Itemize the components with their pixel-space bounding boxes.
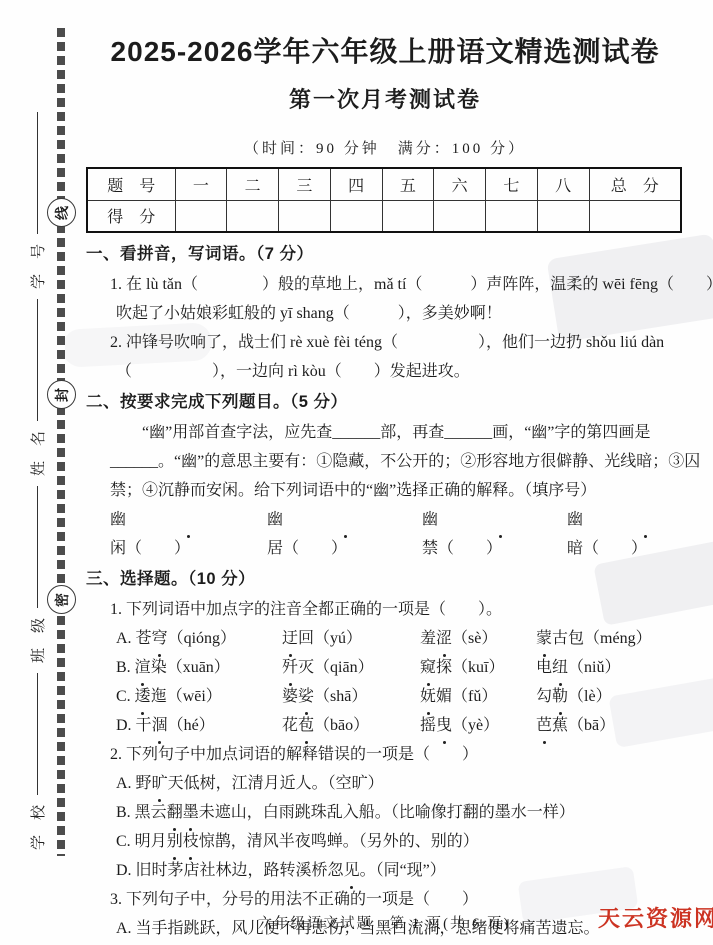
- option-cell: 蒙古包（méng）: [536, 624, 685, 653]
- score-header-cell: 七: [486, 168, 538, 200]
- option-line: B. 黑云翻墨未遮山，白雨跳珠乱入船。（比喻像打翻的墨水一样）: [116, 798, 685, 827]
- school-write-line: [37, 673, 38, 795]
- seal-char: 密: [52, 593, 72, 607]
- option-cell: 勾勒（lè）: [536, 682, 685, 711]
- exam-body: 一、看拼音，写词语。（7 分） 1. 在 lù tǎn（ ）般的草地上，mǎ t…: [86, 238, 685, 943]
- exam-time-score-info: （时间：90 分钟 满分：100 分）: [86, 137, 684, 158]
- score-table-header-row: 题 号 一 二 三 四 五 六 七 八 总 分: [87, 168, 681, 200]
- seal-circle-feng: 封: [47, 380, 76, 409]
- score-row-label: 得 分: [87, 200, 175, 232]
- option-row-a: A. 苍穹（qióng） 迂回（yú） 羞涩（sè） 蒙古包（méng）: [116, 624, 685, 653]
- seal-char: 封: [52, 388, 72, 402]
- score-table: 题 号 一 二 三 四 五 六 七 八 总 分 得 分: [86, 167, 682, 233]
- emphasis-dot-char: 窥: [420, 653, 436, 682]
- sidebar-student-fields: 学 校 班 级 姓 名 学 号: [22, 40, 52, 850]
- page-footer: 六年级语文试题 第 1 页(共 6 页): [86, 912, 682, 933]
- question-line: 吹起了小姑娘彩虹般的 yī shang（ ），多美妙啊！: [116, 299, 685, 328]
- number-write-line: [37, 112, 38, 234]
- question-stem: 1. 下列词语中加点字的注音全都正确的一项是（ ）。: [110, 595, 685, 624]
- option-cell: 摇曳（yè）: [420, 711, 536, 740]
- seal-dashed-line: [57, 28, 65, 856]
- option-cell: 羞涩（sè）: [420, 624, 536, 653]
- class-write-line: [37, 486, 38, 608]
- paper-title: 2025-2026学年六年级上册语文精选测试卷: [86, 30, 684, 70]
- question-stem: 2. 下列句子中加点词语的解释错误的一项是（ ）: [110, 740, 685, 769]
- emphasis-dot-char: 歼: [282, 653, 298, 682]
- option-cell: 电纽（niǔ）: [536, 653, 685, 682]
- score-header-cell: 总 分: [589, 168, 681, 200]
- emphasis-dot-char: 旷: [152, 769, 168, 798]
- exam-paper-page: { "page": { "title": "2025-2026学年六年级上册语文…: [0, 0, 713, 945]
- emphasis-dot-char: 枝: [183, 827, 199, 856]
- paragraph-line: ______。“幽”的意思主要有：①隐藏，不公开的；②形容地方很僻静、光线暗；③…: [110, 447, 685, 476]
- name-write-line: [37, 299, 38, 421]
- sidebar-field-school: 学 校: [27, 805, 48, 850]
- emphasis-dot-char: 涩: [436, 624, 452, 653]
- score-cell-empty: [175, 200, 227, 232]
- score-cell-empty: [486, 200, 538, 232]
- score-cell-empty: [227, 200, 279, 232]
- option-cell: D. 干涸（hé）: [116, 711, 282, 740]
- option-line: D. 旧时茅店社林边，路转溪桥忽见。（同“现”）: [116, 856, 685, 885]
- option-row-b: B. 渲染（xuān） 歼灭（qiān） 窥探（kuī） 电纽（niǔ）: [116, 653, 685, 682]
- seal-char: 线: [52, 206, 72, 220]
- emphasis-dot-char: 翻: [167, 798, 183, 827]
- section-3-heading: 三、选择题。（10 分）: [86, 563, 685, 595]
- score-header-cell: 五: [382, 168, 434, 200]
- option-cell: B. 渲染（xuān）: [116, 653, 282, 682]
- word-item: 幽暗（ ）: [567, 505, 713, 563]
- option-cell: 窥探（kuī）: [420, 653, 536, 682]
- word-item: 幽禁（ ）: [422, 505, 567, 563]
- emphasis-dot-char: 迂: [282, 624, 298, 653]
- word-item: 幽居（ ）: [267, 505, 422, 563]
- paper-subtitle: 第一次月考测试卷: [86, 83, 684, 114]
- score-header-cell: 八: [537, 168, 589, 200]
- emphasis-dot-char: 纽: [552, 653, 568, 682]
- emphasis-dot-char: 娑: [298, 682, 314, 711]
- word-item: 幽闲（ ）: [110, 505, 267, 563]
- emphasis-dot-char: 涸: [152, 711, 168, 740]
- option-line: A. 野旷天低树，江清月近人。（空旷）: [116, 769, 685, 798]
- paragraph-line: 禁；④沉静而安闲。给下列词语中的“幽”选择正确的解释。（填序号）: [110, 476, 685, 505]
- score-header-cell: 六: [434, 168, 486, 200]
- score-cell-empty: [589, 200, 681, 232]
- emphasis-dot-char: 勒: [552, 682, 568, 711]
- option-cell: A. 苍穹（qióng）: [116, 624, 282, 653]
- score-cell-empty: [382, 200, 434, 232]
- question-line: （ ），一边向 rì kòu（ ）发起进攻。: [116, 357, 685, 386]
- score-cell-empty: [434, 200, 486, 232]
- option-row-c: C. 逶迤（wēi） 婆娑（shā） 妩媚（fǔ） 勾勒（lè）: [116, 682, 685, 711]
- option-cell: 花苞（bāo）: [282, 711, 420, 740]
- score-header-cell: 四: [330, 168, 382, 200]
- emphasis-dot-char: 逶: [135, 682, 151, 711]
- option-cell: 歼灭（qiān）: [282, 653, 420, 682]
- paragraph-line: “幽”用部首查字法，应先查______部，再查______画，“幽”字的第四画是: [110, 418, 685, 447]
- option-cell: 妩媚（fǔ）: [420, 682, 536, 711]
- emphasis-dot-char: 幽: [110, 505, 267, 534]
- section-1-heading: 一、看拼音，写词语。（7 分）: [86, 238, 685, 270]
- emphasis-dot-char: 墨: [183, 798, 199, 827]
- emphasis-dot-char: 曳: [436, 711, 452, 740]
- sidebar-field-number: 学 号: [27, 244, 48, 289]
- emphasis-dot-char: 幽: [567, 505, 713, 534]
- emphasis-dot-char: 芭: [536, 711, 552, 740]
- emphasis-dot-char: 渲: [135, 653, 151, 682]
- emphasis-dot-char: 苞: [298, 711, 314, 740]
- score-header-cell: 二: [227, 168, 279, 200]
- score-cell-empty: [330, 200, 382, 232]
- emphasis-dot-char: 幽: [267, 505, 424, 534]
- sidebar-field-name: 姓 名: [27, 431, 48, 476]
- section-2-heading: 二、按要求完成下列题目。（5 分）: [86, 386, 685, 418]
- score-table-score-row: 得 分: [87, 200, 681, 232]
- you-words-row: 幽闲（ ） 幽居（ ） 幽禁（ ） 幽暗（ ）: [110, 505, 685, 563]
- score-cell-empty: [537, 200, 589, 232]
- option-line: C. 明月别枝惊鹊，清风半夜鸣蝉。（另外的、别的）: [116, 827, 685, 856]
- score-header-cell: 题 号: [87, 168, 175, 200]
- emphasis-dot-char: 幽: [422, 505, 579, 534]
- emphasis-dot-char: 见: [344, 856, 360, 885]
- emphasis-dot-char: 蒙: [536, 624, 552, 653]
- watermark-text: 天云资源网: [598, 902, 713, 933]
- emphasis-dot-char: 别: [167, 827, 183, 856]
- score-header-cell: 一: [175, 168, 227, 200]
- question-line: 2. 冲锋号吹响了，战士们 rè xuè fèi téng（ ），他们一边扔 s…: [110, 328, 685, 357]
- option-cell: C. 逶迤（wēi）: [116, 682, 282, 711]
- option-row-d: D. 干涸（hé） 花苞（bāo） 摇曳（yè） 芭蕉（bā）: [116, 711, 685, 740]
- emphasis-dot-char: 穹: [152, 624, 168, 653]
- score-header-cell: 三: [279, 168, 331, 200]
- seal-circle-xian: 线: [47, 198, 76, 227]
- sidebar-field-class: 班 级: [27, 618, 48, 663]
- emphasis-dot-char: 妩: [420, 682, 436, 711]
- option-cell: 迂回（yú）: [282, 624, 420, 653]
- score-cell-empty: [279, 200, 331, 232]
- option-cell: 婆娑（shā）: [282, 682, 420, 711]
- question-line: 1. 在 lù tǎn（ ）般的草地上，mǎ tí（ ）声阵阵，温柔的 wēi …: [110, 270, 685, 299]
- option-cell: 芭蕉（bā）: [536, 711, 685, 740]
- seal-circle-mi: 密: [47, 585, 76, 614]
